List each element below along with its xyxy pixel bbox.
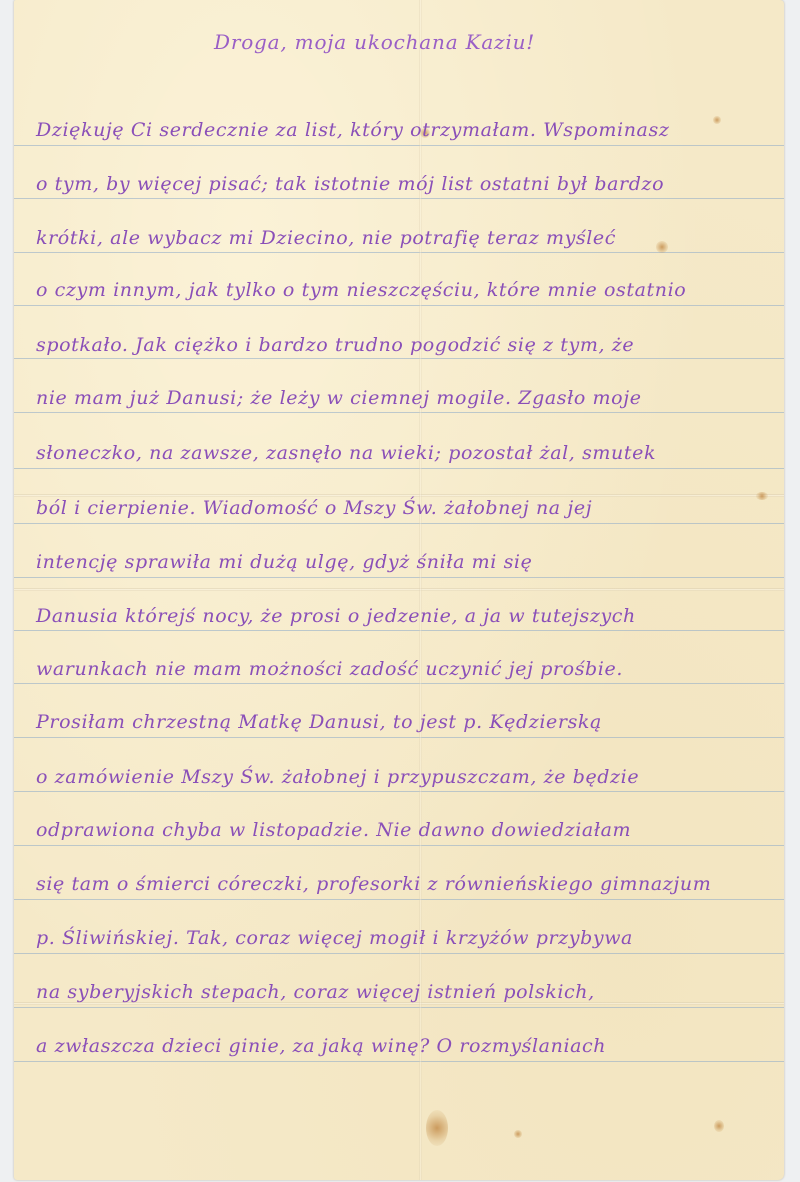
- ruled-line: [14, 899, 784, 900]
- ruled-line: [14, 523, 784, 524]
- letter-line: się tam o śmierci córeczki, profesorki z…: [36, 872, 784, 896]
- ruled-line: [14, 1061, 784, 1062]
- letter-line: krótki, ale wybacz mi Dziecino, nie potr…: [36, 226, 784, 250]
- letter-line: o tym, by więcej pisać; tak istotnie mój…: [36, 172, 784, 196]
- letter-line: słoneczko, na zawsze, zasnęło na wieki; …: [36, 441, 784, 465]
- letter-line: intencję sprawiła mi dużą ulgę, gdyż śni…: [36, 550, 784, 574]
- stain: [714, 1120, 724, 1132]
- ruled-line: [14, 683, 784, 684]
- letter-line: warunkach nie mam możności zadość uczyni…: [36, 657, 784, 681]
- ruled-line: [14, 630, 784, 631]
- letter-line: o czym innym, jak tylko o tym nieszczęśc…: [36, 278, 784, 302]
- ruled-line: [14, 468, 784, 469]
- ruled-line: [14, 305, 784, 306]
- ruled-line: [14, 1007, 784, 1008]
- ruled-line: [14, 252, 784, 253]
- letter-line: na syberyjskich stepach, coraz więcej is…: [36, 980, 784, 1004]
- letter-line: odprawiona chyba w listopadzie. Nie dawn…: [36, 818, 784, 842]
- letter-line: Danusia którejś nocy, że prosi o jedzeni…: [36, 604, 784, 628]
- ruled-line: [14, 577, 784, 578]
- letter-line: ból i cierpienie. Wiadomość o Mszy Św. ż…: [36, 496, 784, 520]
- ruled-line: [14, 953, 784, 954]
- letter-line: a zwłaszcza dzieci ginie, za jaką winę? …: [36, 1034, 784, 1058]
- paper-fold: [14, 588, 784, 591]
- ruled-line: [14, 845, 784, 846]
- ruled-line: [14, 412, 784, 413]
- letter-line: spotkało. Jak ciężko i bardzo trudno pog…: [36, 333, 784, 357]
- stain: [514, 1130, 522, 1138]
- ruled-line: [14, 791, 784, 792]
- ruled-line: [14, 198, 784, 199]
- letter-line: p. Śliwińskiej. Tak, coraz więcej mogił …: [36, 926, 784, 950]
- letter-line: Prosiłam chrzestną Matkę Danusi, to jest…: [36, 710, 784, 734]
- ruled-line: [14, 145, 784, 146]
- ruled-line: [14, 737, 784, 738]
- ruled-line: [14, 358, 784, 359]
- letter-greeting: Droga, moja ukochana Kaziu!: [214, 30, 535, 54]
- letter-line: Dziękuję Ci serdecznie za list, który ot…: [36, 118, 784, 142]
- letter-page: Droga, moja ukochana Kaziu! Dziękuję Ci …: [14, 0, 784, 1180]
- stain: [426, 1110, 448, 1146]
- letter-line: o zamówienie Mszy Św. żałobnej i przypus…: [36, 765, 784, 789]
- letter-line: nie mam już Danusi; że leży w ciemnej mo…: [36, 386, 784, 410]
